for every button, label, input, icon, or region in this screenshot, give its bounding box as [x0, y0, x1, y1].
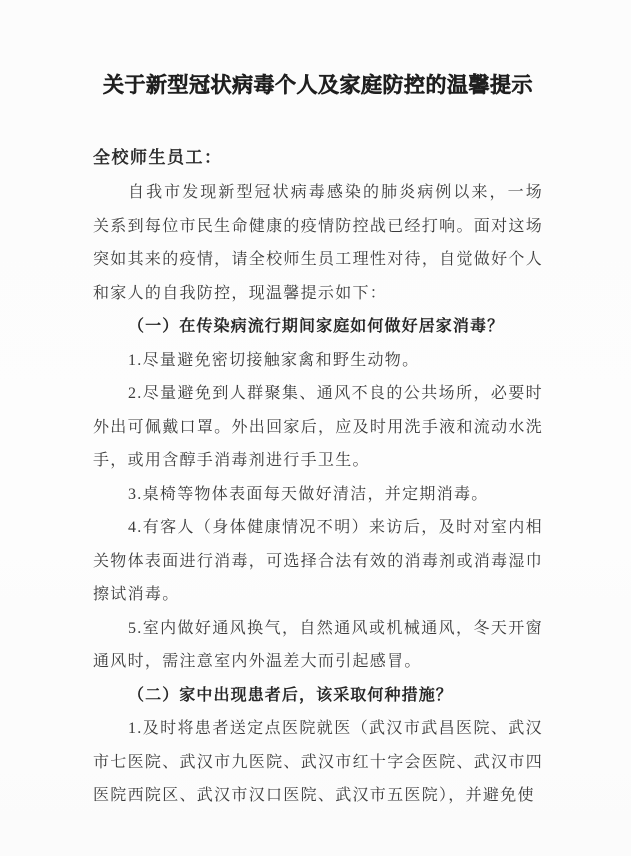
- section-1-item-4: 4.有客人（身体健康情况不明）来访后，及时对室内相关物体表面进行消毒，可选择合法…: [93, 511, 543, 612]
- section-1-item-2: 2.尽量避免到人群聚集、通风不良的公共场所，必要时外出可佩戴口罩。外出回家后，应…: [93, 377, 543, 478]
- section-1-item-1: 1.尽量避免密切接触家禽和野生动物。: [93, 344, 543, 378]
- section-1-heading: （一）在传染病流行期间家庭如何做好居家消毒？: [93, 310, 543, 344]
- salutation: 全校师生员工：: [93, 140, 543, 176]
- section-2-heading: （二）家中出现患者后，该采取何种措施？: [93, 679, 543, 713]
- section-2-item-1: 1.及时将患者送定点医院就医（武汉市武昌医院、武汉市七医院、武汉市九医院、武汉市…: [93, 712, 543, 813]
- document-title: 关于新型冠状病毒个人及家庭防控的温馨提示: [93, 70, 543, 100]
- section-1-item-5: 5.室内做好通风换气，自然通风或机械通风，冬天开窗通风时，需注意室内外温差大而引…: [93, 612, 543, 679]
- section-1-item-3: 3.桌椅等物体表面每天做好清洁，并定期消毒。: [93, 478, 543, 512]
- document-page: 关于新型冠状病毒个人及家庭防控的温馨提示 全校师生员工： 自我市发现新型冠状病毒…: [0, 0, 631, 856]
- intro-paragraph: 自我市发现新型冠状病毒感染的肺炎病例以来，一场关系到每位市民生命健康的疫情防控战…: [93, 176, 543, 310]
